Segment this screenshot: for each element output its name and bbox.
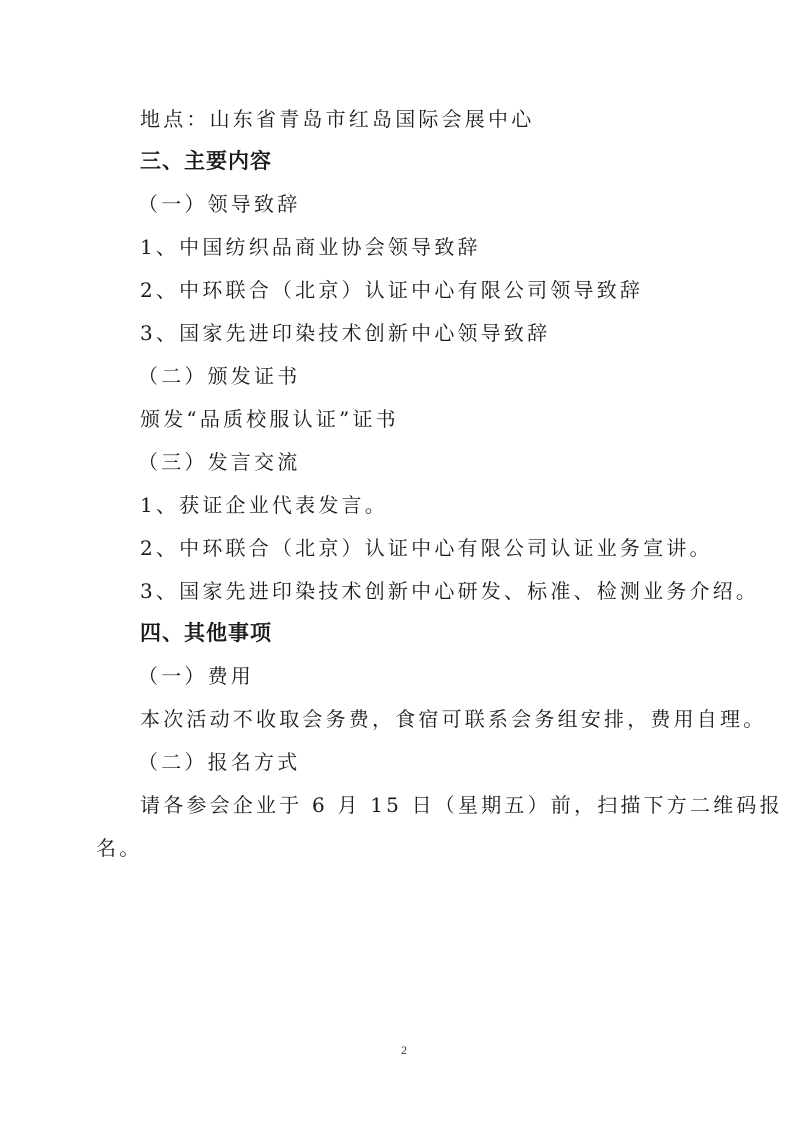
list-item: 颁发“品质校服认证”证书 (140, 405, 399, 433)
list-item: 1、获证企业代表发言。 (140, 491, 388, 519)
subheading-exchange: （三）发言交流 (138, 448, 300, 476)
subheading-certificate: （二）颁发证书 (138, 362, 300, 390)
subheading-leader-speech: （一）领导致辞 (138, 190, 300, 218)
section-heading-main-content: 三、主要内容 (140, 147, 272, 175)
paragraph-registration: 请各参会企业于 6 月 15 日（星期五）前，扫描下方二维码报 (140, 791, 783, 819)
list-item: 2、中环联合（北京）认证中心有限公司认证业务宣讲。 (140, 534, 713, 562)
paragraph-registration-continued: 名。 (96, 834, 142, 862)
section-heading-other-matters: 四、其他事项 (140, 619, 272, 647)
page-number: 2 (0, 1043, 808, 1058)
list-item: 2、中环联合（北京）认证中心有限公司领导致辞 (140, 276, 643, 304)
subheading-registration: （二）报名方式 (138, 748, 300, 776)
location-line: 地点：山东省青岛市红岛国际会展中心 (140, 105, 534, 133)
list-item: 3、国家先进印染技术创新中心领导致辞 (140, 319, 550, 347)
list-item: 3、国家先进印染技术创新中心研发、标准、检测业务介绍。 (140, 577, 759, 605)
paragraph-fees: 本次活动不收取会务费，食宿可联系会务组安排，费用自理。 (140, 705, 766, 733)
subheading-fees: （一）费用 (138, 662, 254, 690)
list-item: 1、中国纺织品商业协会领导致辞 (140, 233, 481, 261)
